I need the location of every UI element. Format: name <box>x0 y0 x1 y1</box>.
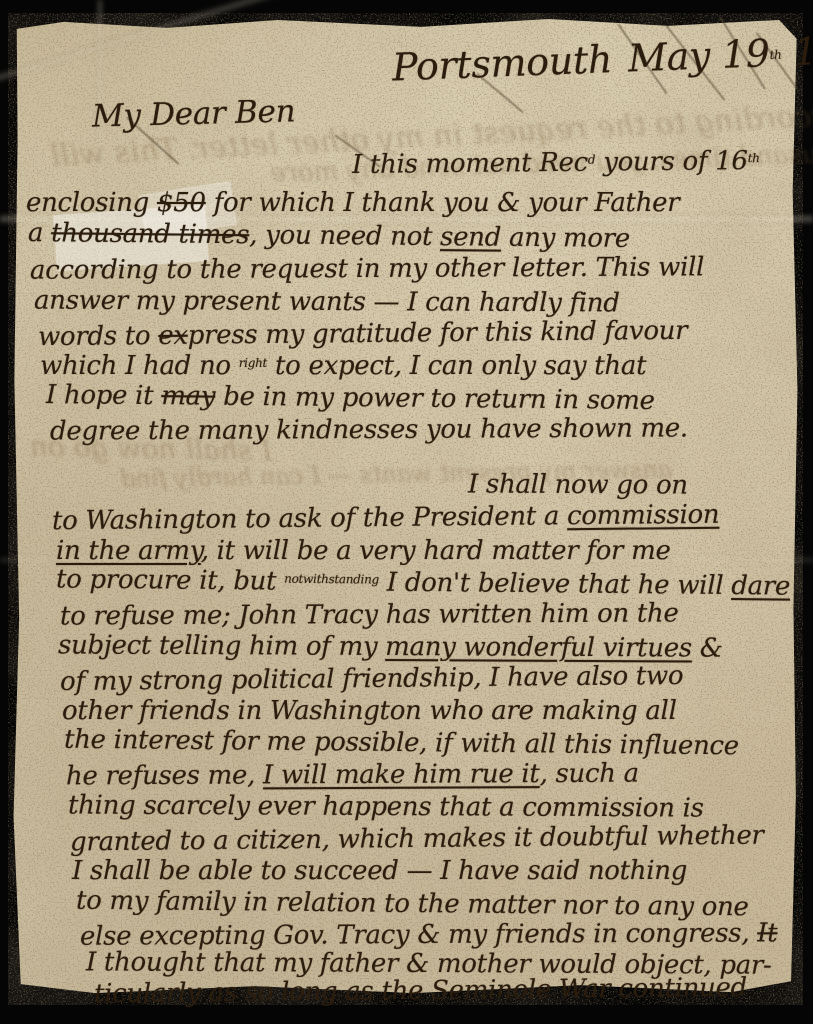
word-segment: & <box>692 633 723 663</box>
letter-line: answer my present wants — I can hardly f… <box>34 286 620 319</box>
letter-line: the interest for me possible, if with al… <box>64 725 739 762</box>
dateline-ordinal-suffix: th <box>769 48 781 62</box>
word-segment: I shall be able to succeed — I have said… <box>72 856 687 886</box>
dateline-year: 1838 <box>792 26 813 74</box>
word-segment: be in my power to return in some <box>215 382 655 416</box>
word-segment: yours of 16 <box>595 146 748 177</box>
word-segment: d <box>588 153 596 167</box>
letter-line: a thousand times, you need not send any … <box>28 218 630 254</box>
word-segment: words to <box>38 321 159 352</box>
word-segment: which I had no <box>40 351 239 381</box>
dateline-date: May 19 <box>627 31 770 80</box>
word-segment: I shall now go on <box>468 469 688 500</box>
word-segment: according to the request in my other let… <box>30 252 704 285</box>
word-segment: I don't believe that he will <box>379 568 732 601</box>
letter-line: I shall now go on <box>468 469 688 500</box>
word-segment: for which I thank you & your Father <box>206 188 680 218</box>
letter-line: which I had no right to expect, I can on… <box>40 351 646 381</box>
word-segment: in the army <box>56 536 201 566</box>
word-segment: right <box>239 356 267 370</box>
word-segment: enclosing <box>26 188 157 218</box>
letter-line: enclosing $50 for which I thank you & yo… <box>26 188 679 218</box>
word-segment: , such a <box>539 759 638 789</box>
word-segment: any more <box>501 223 630 254</box>
word-segment: notwithstanding <box>284 572 379 587</box>
letter-line: subject telling him of my many wonderful… <box>58 630 723 663</box>
word-segment: I will make him rue it <box>263 759 540 790</box>
letter-line: to procure it, but notwithstanding I don… <box>56 564 790 601</box>
letter-line: thing scarcely ever happens that a commi… <box>68 790 704 823</box>
letter-line: else excepting Gov. Tracy & my friends i… <box>80 918 777 951</box>
letter-line: of my strong political friendship, I hav… <box>60 661 684 697</box>
word-segment: to refuse me; John Tracy has written him… <box>60 598 679 631</box>
letter-line: granted to a citizen, which makes it dou… <box>70 821 764 858</box>
letter-line: I hope it may be in my power to return i… <box>46 380 655 416</box>
handwriting-layer: according to the request in my other let… <box>0 0 813 1024</box>
word-segment: of my strong political friendship, I hav… <box>60 661 684 697</box>
word-segment: press my gratitude for this kind favour <box>188 316 688 351</box>
word-segment: ticularly as so long as the Seminole War… <box>94 973 747 1009</box>
letter-line: degree the many kindnesses you have show… <box>50 413 688 446</box>
letter-line: to refuse me; John Tracy has written him… <box>60 598 679 631</box>
letter-line: I shall be able to succeed — I have said… <box>72 856 687 886</box>
letter-line: to Washington to ask of the President a … <box>52 500 720 537</box>
word-segment: $50 <box>157 188 206 218</box>
letter-line: to my family in relation to the matter n… <box>76 886 749 923</box>
word-segment: , it will be a very hard matter for me <box>201 536 671 566</box>
word-segment: send <box>440 222 501 253</box>
letter-line: ticularly as so long as the Seminole War… <box>94 973 747 1009</box>
word-segment: dare <box>731 571 790 602</box>
letter-line: I this moment Recd yours of 16th <box>352 146 760 180</box>
word-segment: answer my present wants — I can hardly f… <box>34 286 620 319</box>
word-segment: ex <box>158 321 188 351</box>
word-segment: the interest for me possible, if with al… <box>64 725 739 762</box>
word-segment: other friends in Washington who are maki… <box>62 696 677 726</box>
word-segment: to expect, I can only say that <box>267 351 646 381</box>
word-segment: I this moment Rec <box>352 148 588 180</box>
word-segment: subject telling him of my <box>58 630 385 662</box>
word-segment: else excepting Gov. Tracy & my friends i… <box>80 918 757 951</box>
word-segment: a <box>28 218 51 248</box>
word-segment: thousand times <box>51 218 249 250</box>
scanned-letter-page: according to the request in my other let… <box>0 0 813 1024</box>
salutation: My Dear Ben <box>92 93 296 134</box>
letter-line: according to the request in my other let… <box>30 252 704 285</box>
word-segment: commission <box>567 500 720 531</box>
word-segment: may <box>161 381 215 412</box>
word-segment: to procure it, but <box>56 564 284 596</box>
dateline-place: Portsmouth <box>391 37 613 89</box>
word-segment: I hope it <box>46 380 162 411</box>
letter-line: he refuses me, I will make him rue it, s… <box>66 759 639 792</box>
word-segment: granted to a citizen, which makes it dou… <box>70 821 764 858</box>
word-segment: to Washington to ask of the President a <box>52 501 567 536</box>
word-segment: to my family in relation to the matter n… <box>76 886 749 923</box>
word-segment: degree the many kindnesses you have show… <box>50 413 688 446</box>
letter-line: words to express my gratitude for this k… <box>38 316 688 352</box>
dateline: PortsmouthMay 19th 1838 <box>391 26 813 89</box>
word-segment: , you need not <box>249 220 440 252</box>
word-segment: he refuses me, <box>66 760 263 791</box>
word-segment: many wonderful virtues <box>385 632 692 663</box>
word-segment: It <box>757 918 777 948</box>
letter-line: other friends in Washington who are maki… <box>62 696 677 726</box>
word-segment: thing scarcely ever happens that a commi… <box>68 790 704 823</box>
word-segment: th <box>748 151 760 165</box>
letter-line: in the army, it will be a very hard matt… <box>56 536 671 566</box>
